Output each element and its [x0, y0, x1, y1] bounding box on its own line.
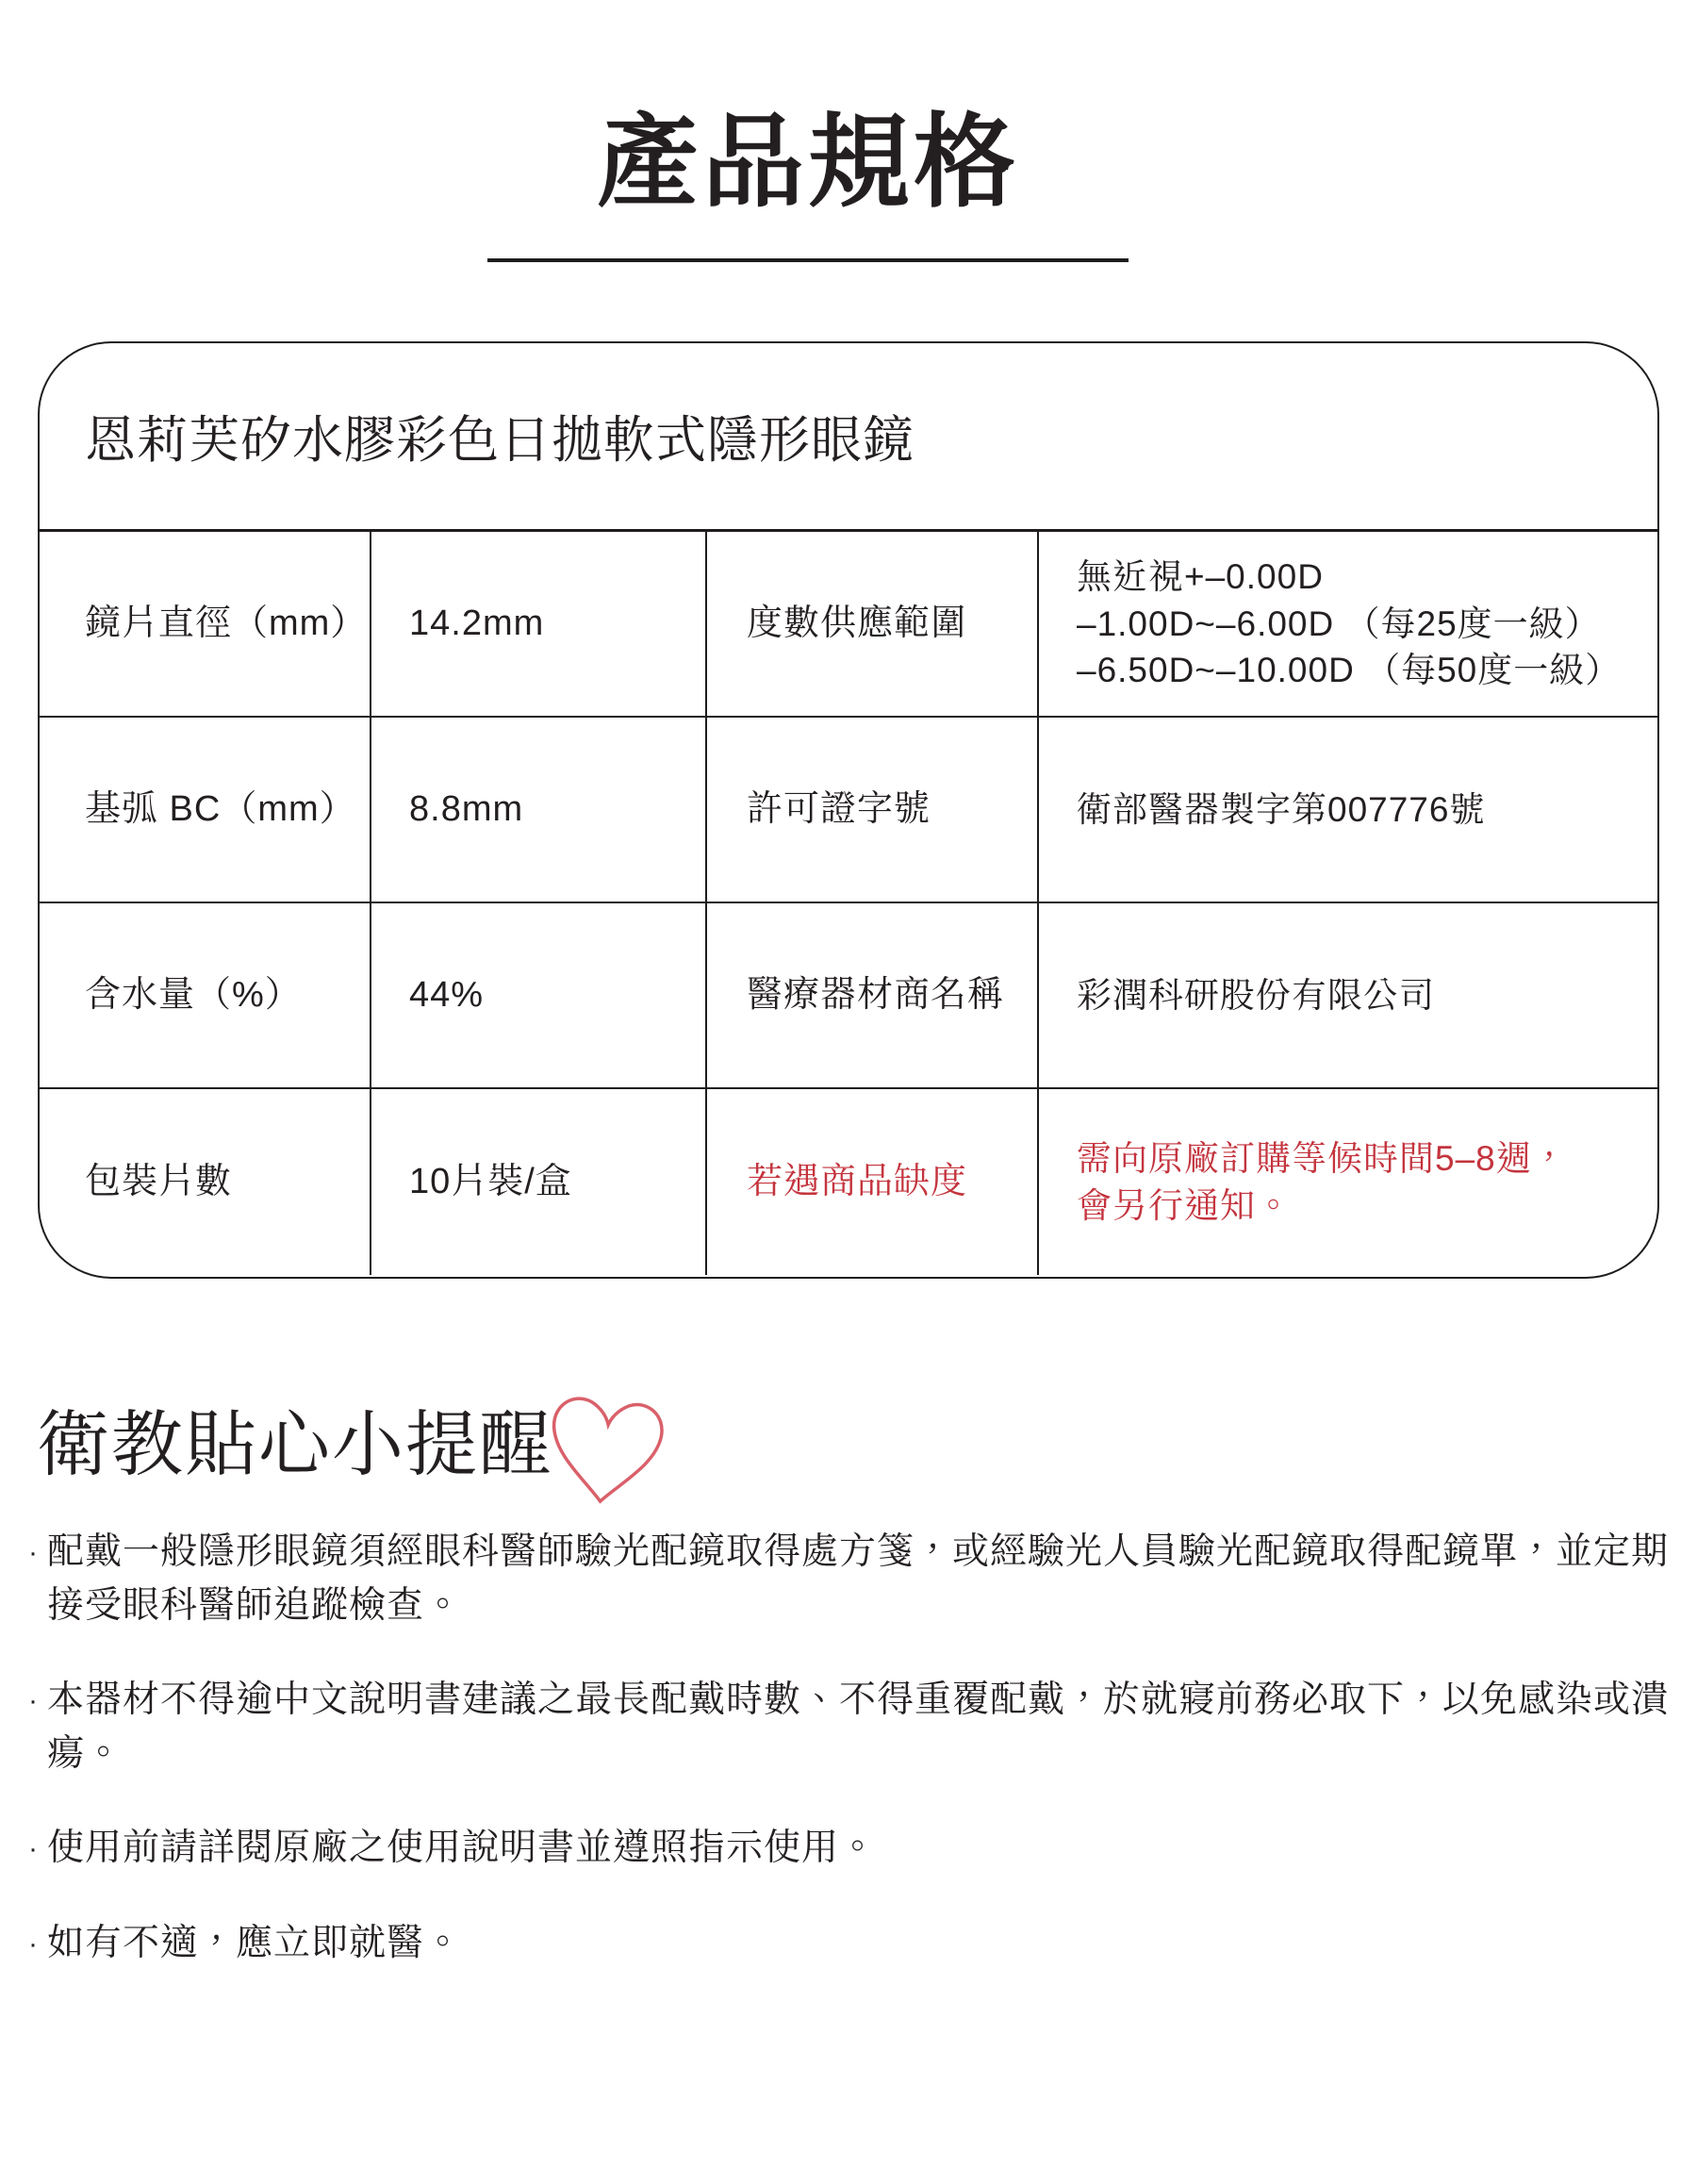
notice-heading-block: 衛教貼心小提醒 — [38, 1396, 671, 1524]
table-row: 鏡片直徑（mm） 14.2mm 度數供應範圍 無近視+–0.00D –1.00D… — [40, 532, 1657, 718]
row1-label-power-range: 度數供應範圍 — [707, 532, 1039, 716]
list-item: · 使用前請詳閱原廠之使用說明書並遵照指示使用。 — [26, 1822, 1676, 1876]
row2-value-base-curve: 8.8mm — [371, 718, 707, 902]
notice-heading: 衛教貼心小提醒 — [38, 1396, 552, 1496]
bullet-text-3: 使用前請詳閱原廠之使用說明書並遵照指示使用。 — [47, 1828, 877, 1868]
heart-icon — [533, 1376, 679, 1530]
row3-value-water-content: 44% — [371, 903, 707, 1087]
bullet-dot-icon: · — [28, 1822, 39, 1876]
row4-value-pack-count: 10片裝/盒 — [371, 1089, 707, 1275]
row3-value-manufacturer: 彩潤科研股份有限公司 — [1039, 903, 1657, 1087]
bullet-dot-icon: · — [28, 1917, 39, 1971]
list-item: · 本器材不得逾中文說明書建議之最長配戴時數、不得重覆配戴，於就寢前務必取下，以… — [26, 1674, 1676, 1780]
notice-bullets: · 配戴一般隱形眼鏡須經眼科醫師驗光配鏡取得處方箋，或經驗光人員驗光配鏡取得配鏡… — [26, 1526, 1676, 1970]
row4-label-out-of-stock: 若遇商品缺度 — [707, 1089, 1039, 1275]
row2-value-license: 衛部醫器製字第007776號 — [1039, 718, 1657, 902]
license-number: 衛部醫器製字第007776號 — [1077, 786, 1629, 834]
page-title: 產品規格 — [0, 111, 1656, 213]
power-range-line-2: –1.00D~–6.00D （每25度一級） — [1077, 601, 1629, 648]
row1-label-diameter: 鏡片直徑（mm） — [40, 532, 371, 716]
row1-value-power-range: 無近視+–0.00D –1.00D~–6.00D （每25度一級） –6.50D… — [1039, 532, 1657, 716]
manufacturer-name: 彩潤科研股份有限公司 — [1077, 972, 1629, 1019]
bullet-text-1: 配戴一般隱形眼鏡須經眼科醫師驗光配鏡取得處方箋，或經驗光人員驗光配鏡取得配鏡單，… — [47, 1531, 1669, 1626]
out-of-stock-line-1: 需向原廠訂購等候時間5–8週， — [1077, 1135, 1629, 1183]
power-range-line-1: 無近視+–0.00D — [1077, 554, 1629, 601]
bullet-text-2: 本器材不得逾中文說明書建議之最長配戴時數、不得重覆配戴，於就寢前務必取下，以免感… — [47, 1679, 1669, 1774]
bullet-text-4: 如有不適，應立即就醫。 — [47, 1923, 462, 1963]
bullet-dot-icon: · — [28, 1674, 39, 1728]
row1-value-diameter: 14.2mm — [371, 532, 707, 716]
row4-label-pack-count: 包裝片數 — [40, 1089, 371, 1275]
list-item: · 如有不適，應立即就醫。 — [26, 1917, 1676, 1971]
list-item: · 配戴一般隱形眼鏡須經眼科醫師驗光配鏡取得處方箋，或經驗光人員驗光配鏡取得配鏡… — [26, 1526, 1676, 1632]
row2-label-base-curve: 基弧 BC（mm） — [40, 718, 371, 902]
row4-value-out-of-stock-note: 需向原廠訂購等候時間5–8週， 會另行通知。 — [1039, 1089, 1657, 1275]
table-row: 基弧 BC（mm） 8.8mm 許可證字號 衛部醫器製字第007776號 — [40, 718, 1657, 903]
row3-label-water-content: 含水量（%） — [40, 903, 371, 1087]
product-name: 恩莉芙矽水膠彩色日拋軟式隱形眼鏡 — [40, 343, 1657, 532]
row2-label-license: 許可證字號 — [707, 718, 1039, 902]
title-block: 產品規格 — [0, 0, 1656, 262]
row3-label-manufacturer: 醫療器材商名稱 — [707, 903, 1039, 1087]
bullet-dot-icon: · — [28, 1526, 39, 1580]
table-row: 含水量（%） 44% 醫療器材商名稱 彩潤科研股份有限公司 — [40, 903, 1657, 1089]
out-of-stock-line-2: 會另行通知。 — [1077, 1183, 1629, 1230]
table-row: 包裝片數 10片裝/盒 若遇商品缺度 需向原廠訂購等候時間5–8週， 會另行通知… — [40, 1089, 1657, 1275]
power-range-line-3: –6.50D~–10.00D （每50度一級） — [1077, 647, 1629, 694]
spec-table: 恩莉芙矽水膠彩色日拋軟式隱形眼鏡 鏡片直徑（mm） 14.2mm 度數供應範圍 … — [38, 341, 1659, 1279]
title-underline — [487, 258, 1129, 262]
